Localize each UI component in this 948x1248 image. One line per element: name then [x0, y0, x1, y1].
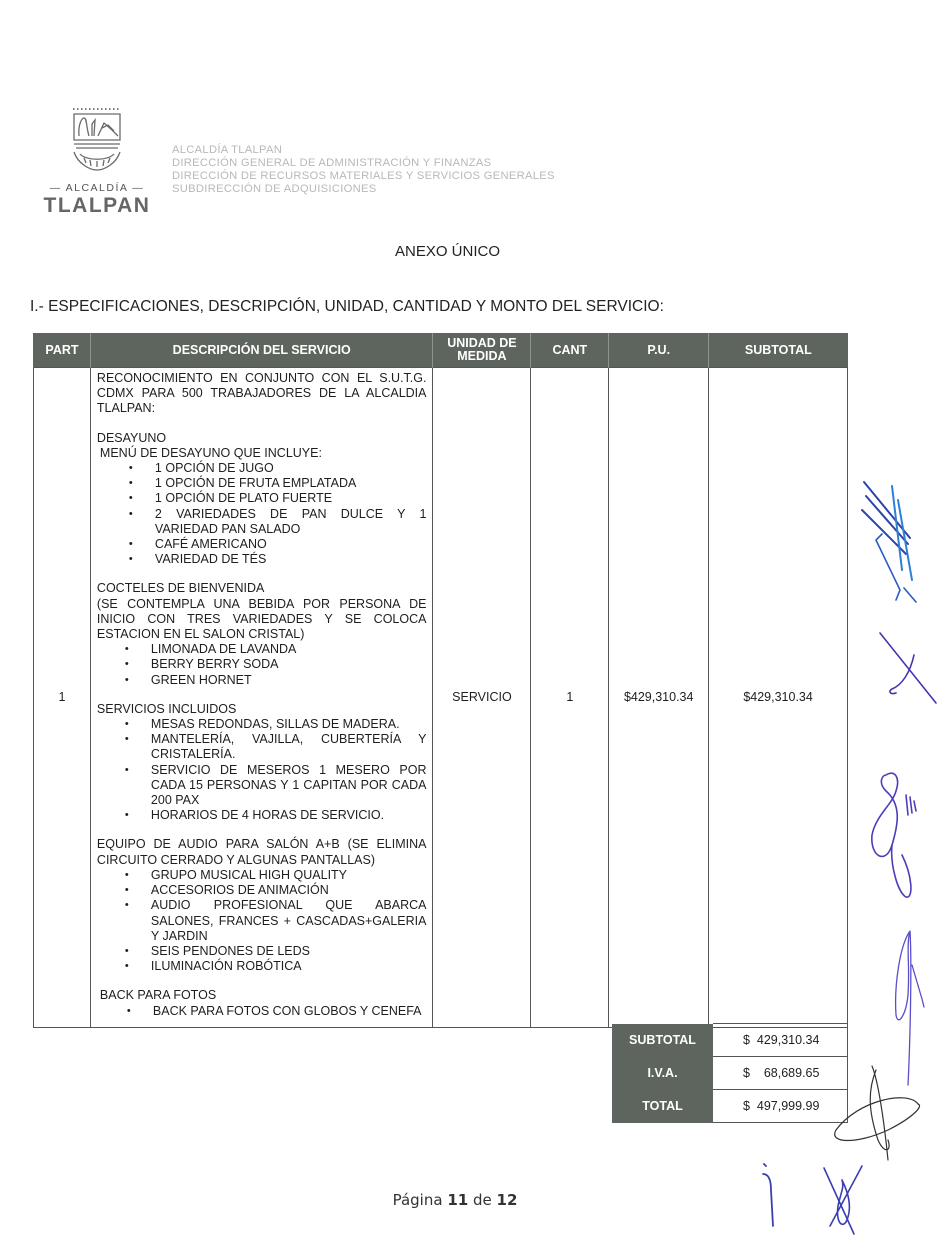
photo-section: BACK PARA FOTOS BACK PARA FOTOS CON GLOB…	[97, 988, 427, 1018]
cell-unit: SERVICIO	[433, 368, 531, 1028]
cocktails-section: COCTELES DE BIENVENIDA (SE CONTEMPLA UNA…	[97, 581, 427, 687]
totals-row-iva: I.V.A. $ 68,689.65	[612, 1057, 848, 1090]
letterhead-line: DIRECCIÓN DE RECURSOS MATERIALES Y SERVI…	[172, 170, 555, 183]
subtotal-label: SUBTOTAL	[612, 1024, 713, 1057]
breakfast-subtitle: MENÚ DE DESAYUNO QUE INCLUYE:	[97, 446, 427, 461]
breakfast-title: DESAYUNO	[97, 431, 427, 446]
list-item: SERVICIO DE MESEROS 1 MESERO POR CADA 15…	[93, 763, 427, 809]
letterhead-text: ALCALDÍA TLALPAN DIRECCIÓN GENERAL DE AD…	[172, 144, 555, 196]
section-title: I.- ESPECIFICACIONES, DESCRIPCIÓN, UNIDA…	[30, 298, 664, 316]
list-item: GRUPO MUSICAL HIGH QUALITY	[93, 868, 427, 883]
header-description: DESCRIPCIÓN DEL SERVICIO	[90, 333, 433, 368]
cocktails-title: COCTELES DE BIENVENIDA	[97, 581, 427, 596]
list-item: ACCESORIOS DE ANIMACIÓN	[93, 883, 427, 898]
letterhead-line: SUBDIRECCIÓN DE ADQUISICIONES	[172, 183, 555, 196]
totals-table: SUBTOTAL $ 429,310.34 I.V.A. $ 68,689.65…	[612, 1023, 848, 1123]
table-row: 1 RECONOCIMIENTO EN CONJUNTO CON EL S.U.…	[34, 368, 848, 1028]
services-section: SERVICIOS INCLUIDOS MESAS REDONDAS, SILL…	[97, 702, 427, 824]
signature-3-icon	[862, 765, 932, 905]
header-unit: UNIDAD DEMEDIDA	[433, 333, 531, 368]
list-item: MESAS REDONDAS, SILLAS DE MADERA.	[93, 717, 427, 732]
list-item: VARIEDAD DE TÉS	[97, 552, 427, 567]
list-item: 1 OPCIÓN DE FRUTA EMPLATADA	[97, 476, 427, 491]
list-item: 1 OPCIÓN DE PLATO FUERTE	[97, 491, 427, 506]
signature-4-icon	[880, 925, 930, 1095]
total-value: $ 497,999.99	[713, 1090, 848, 1123]
list-item: SEIS PENDONES DE LEDS	[93, 944, 427, 959]
cell-qty: 1	[531, 368, 609, 1028]
logo-label-tlalpan: TLALPAN	[38, 194, 156, 218]
list-item: 1 OPCIÓN DE JUGO	[97, 461, 427, 476]
signature-initials-2-icon	[870, 625, 940, 710]
list-item: BACK PARA FOTOS CON GLOBOS Y CENEFA	[95, 1004, 427, 1019]
signature-initials-1-icon	[850, 470, 930, 620]
cell-unit-price: $429,310.34	[609, 368, 709, 1028]
cocktails-note: (SE CONTEMPLA UNA BEBIDA POR PERSONA DE …	[97, 597, 427, 643]
list-item: AUDIO PROFESIONAL QUE ABARCA SALONES, FR…	[93, 898, 427, 944]
alcaldia-tlalpan-logo: — ALCALDÍA — TLALPAN	[38, 106, 156, 216]
list-item: LIMONADA DE LAVANDA	[93, 642, 427, 657]
cell-description: RECONOCIMIENTO EN CONJUNTO CON EL S.U.T.…	[90, 368, 433, 1028]
cell-part: 1	[34, 368, 91, 1028]
header-part: PART	[34, 333, 91, 368]
list-item: MANTELERÍA, VAJILLA, CUBERTERÍA Y CRISTA…	[93, 732, 427, 762]
photo-title: BACK PARA FOTOS	[97, 988, 427, 1003]
header-subtotal: SUBTOTAL	[709, 333, 848, 368]
header-unit-price: P.U.	[609, 333, 709, 368]
list-item: HORARIOS DE 4 HORAS DE SERVICIO.	[93, 808, 427, 823]
letterhead-line: ALCALDÍA TLALPAN	[172, 144, 555, 157]
audio-title: EQUIPO DE AUDIO PARA SALÓN A+B (SE ELIMI…	[97, 837, 427, 867]
list-item: CAFÉ AMERICANO	[97, 537, 427, 552]
total-label: TOTAL	[612, 1090, 713, 1123]
coat-of-arms-icon	[68, 106, 126, 178]
list-item: GREEN HORNET	[93, 673, 427, 688]
list-item: ILUMINACIÓN ROBÓTICA	[93, 959, 427, 974]
logo-label-alcaldia: — ALCALDÍA —	[38, 182, 156, 194]
breakfast-section: DESAYUNO MENÚ DE DESAYUNO QUE INCLUYE: 1…	[97, 431, 427, 568]
table-header-row: PART DESCRIPCIÓN DEL SERVICIO UNIDAD DEM…	[34, 333, 848, 368]
cell-subtotal: $429,310.34	[709, 368, 848, 1028]
specification-table: PART DESCRIPCIÓN DEL SERVICIO UNIDAD DEM…	[33, 333, 848, 1028]
header-qty: CANT	[531, 333, 609, 368]
subtotal-value: $ 429,310.34	[713, 1024, 848, 1057]
list-item: BERRY BERRY SODA	[93, 657, 427, 672]
iva-value: $ 68,689.65	[713, 1057, 848, 1090]
description-intro: RECONOCIMIENTO EN CONJUNTO CON EL S.U.T.…	[97, 371, 427, 417]
iva-label: I.V.A.	[612, 1057, 713, 1090]
services-title: SERVICIOS INCLUIDOS	[97, 702, 427, 717]
page-number: Página 11 de 12	[0, 1191, 910, 1209]
letterhead-line: DIRECCIÓN GENERAL DE ADMINISTRACIÓN Y FI…	[172, 157, 555, 170]
annex-title: ANEXO ÚNICO	[0, 243, 895, 260]
list-item: 2 VARIEDADES DE PAN DULCE Y 1 VARIEDAD P…	[97, 507, 427, 537]
totals-row-total: TOTAL $ 497,999.99	[612, 1090, 848, 1123]
audio-section: EQUIPO DE AUDIO PARA SALÓN A+B (SE ELIMI…	[97, 837, 427, 974]
totals-row-subtotal: SUBTOTAL $ 429,310.34	[612, 1024, 848, 1057]
